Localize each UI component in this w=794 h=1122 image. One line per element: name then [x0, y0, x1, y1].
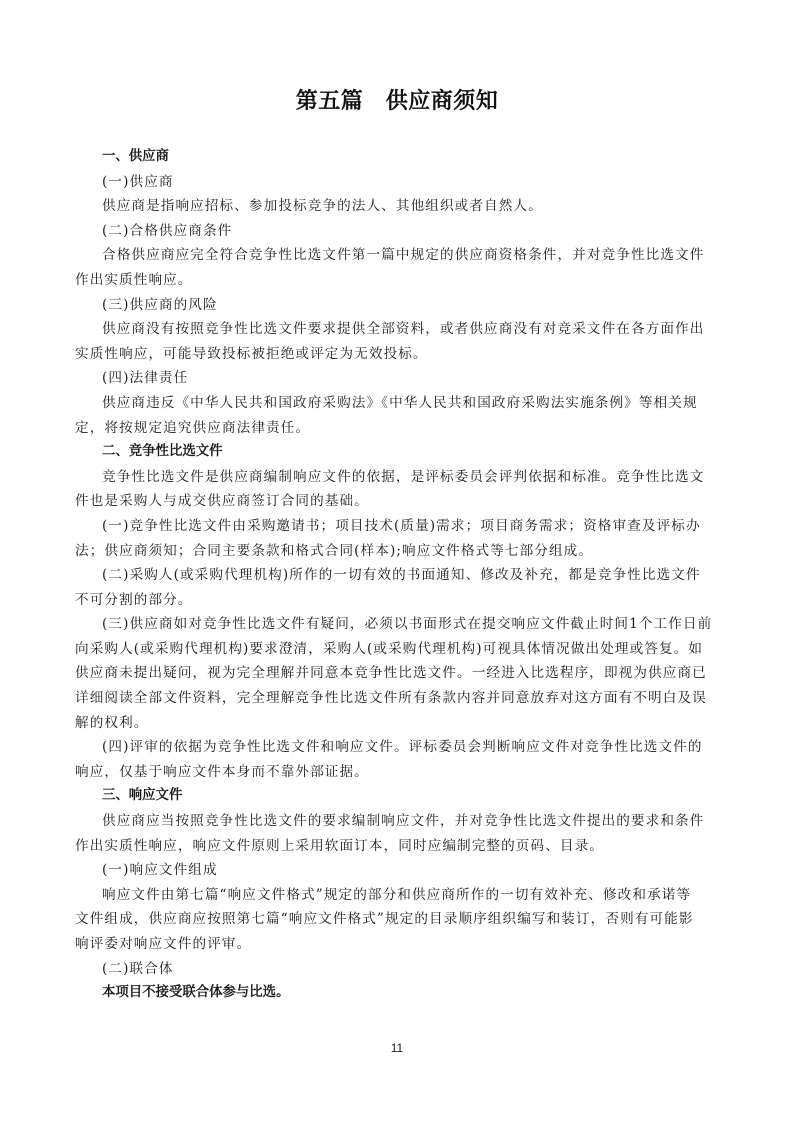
paragraph-line: 竞争性比选文件是供应商编制响应文件的依据，是评标委员会评判依据和标准。竞争性比选…: [75, 465, 705, 490]
subsection-heading: (二)联合体: [75, 957, 705, 982]
paragraph-line: 响应文件由第七篇“响应文件格式”规定的部分和供应商所作的一切有效补充、修改和承诺…: [75, 883, 705, 908]
page-number: 11: [0, 1041, 794, 1055]
section-heading: 二、竞争性比选文件: [75, 440, 705, 465]
paragraph-continuation-line: 文件组成，供应商应按照第七篇“响应文件格式”规定的目录顺序组织编写和装订，否则有…: [75, 907, 705, 932]
paragraph-line: 合格供应商应完全符合竞争性比选文件第一篇中规定的供应商资格条件，并对竞争性比选文…: [75, 243, 705, 268]
subsection-heading: (四)法律责任: [75, 366, 705, 391]
paragraph-continuation-line: 作出实质性响应。: [75, 268, 705, 293]
paragraph-line: 供应商没有按照竞争性比选文件要求提供全部资料，或者供应商没有对竞采文件在各方面作…: [75, 317, 705, 342]
bold-statement: 本项目不接受联合体参与比选。: [75, 981, 705, 1006]
page-title: 第五篇 供应商须知: [0, 84, 794, 115]
paragraph-line: (四)评审的依据为竞争性比选文件和响应文件。评标委员会判断响应文件对竞争性比选文…: [75, 735, 705, 760]
paragraph-line: (三)供应商如对竞争性比选文件有疑问，必须以书面形式在提交响应文件截止时间1个工…: [75, 612, 705, 637]
section-heading: 一、供应商: [75, 145, 705, 170]
document-page: 第五篇 供应商须知 一、供应商(一)供应商供应商是指响应招标、参加投标竞争的法人…: [0, 0, 794, 1122]
paragraph-continuation-line: 作出实质性响应，响应文件原则上采用软面订本，同时应编制完整的页码、目录。: [75, 834, 705, 859]
subsection-heading: (二)合格供应商条件: [75, 219, 705, 244]
paragraph-continuation-line: 件也是采购人与成交供应商签订合同的基础。: [75, 489, 705, 514]
paragraph-line: 供应商应当按照竞争性比选文件的要求编制响应文件，并对竞争性比选文件提出的要求和条…: [75, 809, 705, 834]
paragraph-continuation-line: 解的权利。: [75, 711, 705, 736]
paragraph-line: (一)竞争性比选文件由采购邀请书；项目技术(质量)需求；项目商务需求；资格审查及…: [75, 514, 705, 539]
paragraph-continuation-line: 响评委对响应文件的评审。: [75, 932, 705, 957]
paragraph-continuation-line: 实质性响应，可能导致投标被拒绝或评定为无效投标。: [75, 342, 705, 367]
paragraph-continuation-line: 不可分割的部分。: [75, 588, 705, 613]
subsection-heading: (一)响应文件组成: [75, 858, 705, 883]
subsection-heading: (一)供应商: [75, 170, 705, 195]
paragraph-line: 供应商违反《中华人民共和国政府采购法》《中华人民共和国政府采购法实施条例》等相关…: [75, 391, 705, 416]
paragraph-continuation-line: 响应，仅基于响应文件本身而不靠外部证据。: [75, 760, 705, 785]
paragraph-continuation-line: 向采购人(或采购代理机构)要求澄清，采购人(或采购代理机构)可视具体情况做出处理…: [75, 637, 705, 662]
paragraph-continuation-line: 供应商未提出疑问，视为完全理解并同意本竞争性比选文件。一经进入比选程序，即视为供…: [75, 661, 705, 686]
document-body: 一、供应商(一)供应商供应商是指响应招标、参加投标竞争的法人、其他组织或者自然人…: [75, 145, 705, 1006]
paragraph-line: 供应商是指响应招标、参加投标竞争的法人、其他组织或者自然人。: [75, 194, 705, 219]
section-heading: 三、响应文件: [75, 784, 705, 809]
subsection-heading: (三)供应商的风险: [75, 293, 705, 318]
paragraph-continuation-line: 定，将按规定追究供应商法律责任。: [75, 416, 705, 441]
paragraph-continuation-line: 详细阅读全部文件资料，完全理解竞争性比选文件所有条款内容并同意放弃对这方面有不明…: [75, 686, 705, 711]
paragraph-line: (二)采购人(或采购代理机构)所作的一切有效的书面通知、修改及补充，都是竞争性比…: [75, 563, 705, 588]
paragraph-continuation-line: 法；供应商须知；合同主要条款和格式合同(样本);响应文件格式等七部分组成。: [75, 539, 705, 564]
